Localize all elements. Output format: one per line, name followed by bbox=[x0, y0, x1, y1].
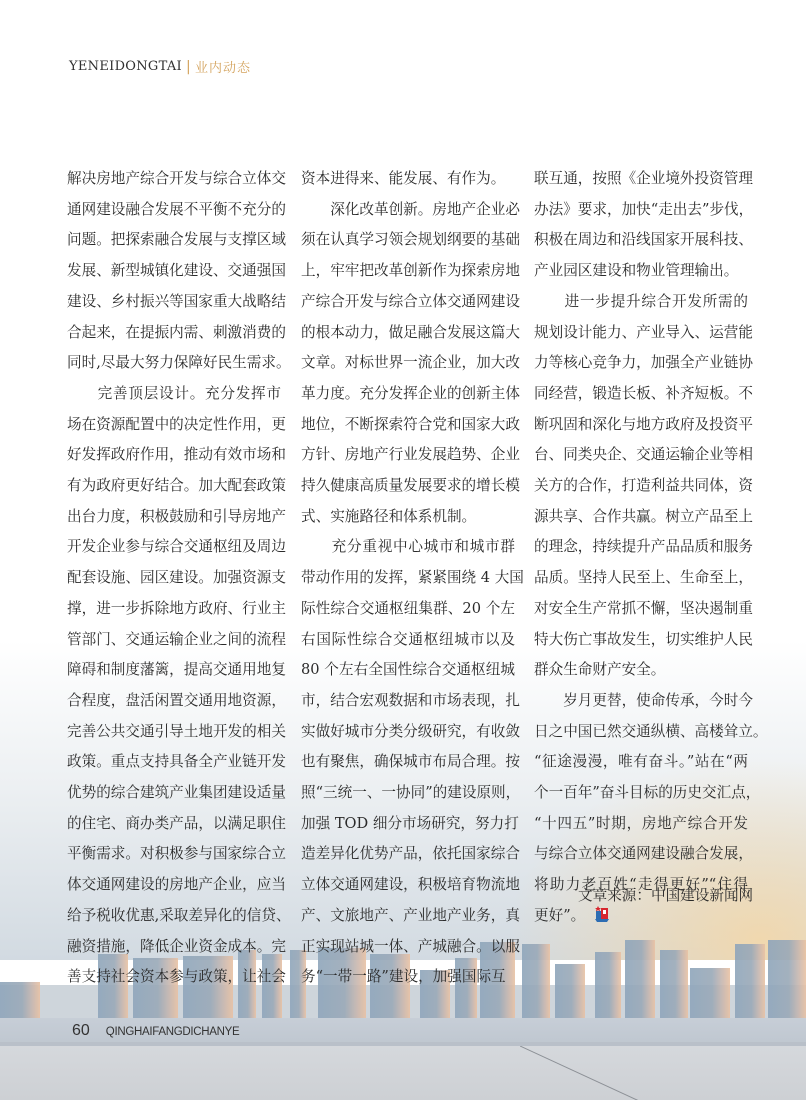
text-line: 加强 TOD 细分市场研究，努力打 bbox=[301, 809, 515, 840]
text-line: 平衡需求。对积极参与国家综合立 bbox=[67, 839, 281, 870]
text-line: 力等核心竞争力，加强全产业链协 bbox=[534, 348, 748, 379]
text-line: 资本进得来、能发展、有作为。 bbox=[301, 164, 515, 195]
text-line: “征途漫漫，唯有奋斗。”站在“两 bbox=[534, 747, 748, 778]
text-line: 地位，不断探索符合党和国家大政 bbox=[301, 410, 515, 441]
text-line: 80 个左右全国性综合交通枢纽城 bbox=[301, 655, 515, 686]
text-line: 际性综合交通枢纽集群、20 个左 bbox=[301, 594, 515, 625]
text-line: 文章。对标世界一流企业，加大改 bbox=[301, 348, 515, 379]
text-line: 产综合开发与综合立体交通网建设 bbox=[301, 287, 515, 318]
article-column-1: 解决房地产综合开发与综合立体交通网建设融合发展不平衡不充分的问题。把探索融合发展… bbox=[67, 164, 281, 993]
text-line: 规划设计能力、产业导入、运营能 bbox=[534, 318, 748, 349]
text-line: 务“一带一路”建设，加强国际互 bbox=[301, 962, 515, 993]
text-line: 产业园区建设和物业管理输出。 bbox=[534, 256, 748, 287]
magazine-name: QINGHAIFANGDICHANYE bbox=[106, 1026, 240, 1038]
text-line: 须在认真学习领会规划纲要的基础 bbox=[301, 225, 515, 256]
text-line: 出台力度，积极鼓励和引导房地产 bbox=[67, 502, 281, 533]
text-line: 右国际性综合交通枢纽城市以及 bbox=[301, 625, 515, 656]
text-line: 正实现站城一体、产城融合。以服 bbox=[301, 932, 515, 963]
text-line: 革力度。充分发挥企业的创新主体 bbox=[301, 379, 515, 410]
section-title-cn: 业内动态 bbox=[195, 57, 251, 76]
text-line: 好发挥政府作用，推动有效市场和 bbox=[67, 440, 281, 471]
text-line: 源共享、合作共赢。树立产品至上 bbox=[534, 502, 748, 533]
text-line: 合起来，在提振内需、刺激消费的 bbox=[67, 318, 281, 349]
text-line: 实做好城市分类分级研究，有收敛 bbox=[301, 717, 515, 748]
text-line: 通网建设融合发展不平衡不充分的 bbox=[67, 195, 281, 226]
text-line: 给予税收优惠,采取差异化的信贷、 bbox=[67, 901, 281, 932]
text-line: 发展、新型城镇化建设、交通强国 bbox=[67, 256, 281, 287]
text-line: 开发企业参与综合交通枢纽及周边 bbox=[67, 532, 281, 563]
text-line: 关方的合作，打造利益共同体，资 bbox=[534, 471, 748, 502]
text-line: 充分重视中心城市和城市群 bbox=[301, 532, 515, 563]
text-line: 场在资源配置中的决定性作用，更 bbox=[67, 410, 281, 441]
text-line: 联互通，按照《企业境外投资管理 bbox=[534, 164, 748, 195]
text-line: 方针、房地产行业发展趋势、企业 bbox=[301, 440, 515, 471]
text-line: 产、文旅地产、产业地产业务，真 bbox=[301, 901, 515, 932]
text-line: 撑，进一步拆除地方政府、行业主 bbox=[67, 594, 281, 625]
text-line: 办法》要求，加快“走出去”步伐， bbox=[534, 195, 748, 226]
text-line: 也有聚焦，确保城市布局合理。按 bbox=[301, 747, 515, 778]
magazine-logo-icon bbox=[593, 904, 611, 922]
section-separator: | bbox=[186, 59, 191, 75]
text-line: 问题。把探索融合发展与支撑区域 bbox=[67, 225, 281, 256]
text-line: 优势的综合建筑产业集团建设适量 bbox=[67, 778, 281, 809]
text-line: 立体交通网建设，积极培育物流地 bbox=[301, 870, 515, 901]
text-line: 的根本动力，做足融合发展这篇大 bbox=[301, 318, 515, 349]
text-line: 岁月更替，使命传承，今时今 bbox=[534, 686, 748, 717]
rooftop-floor bbox=[0, 1046, 806, 1100]
text-line: 同时,尽最大努力保障好民生需求。 bbox=[67, 348, 281, 379]
article-column-2: 资本进得来、能发展、有作为。 深化改革创新。房地产企业必须在认真学习领会规划纲要… bbox=[301, 164, 515, 993]
floor-crack-line bbox=[520, 1046, 660, 1100]
text-line: 进一步提升综合开发所需的 bbox=[534, 287, 748, 318]
text-line: 的理念，持续提升产品品质和服务 bbox=[534, 532, 748, 563]
text-line: 管部门、交通运输企业之间的流程 bbox=[67, 625, 281, 656]
text-line: 善支持社会资本参与政策，让社会 bbox=[67, 962, 281, 993]
text-line: 对安全生产常抓不懈，坚决遏制重 bbox=[534, 594, 748, 625]
text-line: 融资措施，降低企业资金成本。完 bbox=[67, 932, 281, 963]
text-line: 建设、乡村振兴等国家重大战略结 bbox=[67, 287, 281, 318]
text-line: 有为政府更好结合。加大配套政策 bbox=[67, 471, 281, 502]
text-line: 特大伤亡事故发生，切实维护人民 bbox=[534, 625, 748, 656]
text-line: 台、同类央企、交通运输企业等相 bbox=[534, 440, 748, 471]
text-line: 个一百年”奋斗目标的历史交汇点， bbox=[534, 778, 748, 809]
text-line: 配套设施、园区建设。加强资源支 bbox=[67, 563, 281, 594]
text-line: 与综合立体交通网建设融合发展， bbox=[534, 839, 748, 870]
text-line: 深化改革创新。房地产企业必 bbox=[301, 195, 515, 226]
text-line: 群众生命财产安全。 bbox=[534, 655, 748, 686]
text-line: 完善顶层设计。充分发挥市 bbox=[67, 379, 281, 410]
text-line: 品质。坚持人民至上、生命至上， bbox=[534, 563, 748, 594]
section-header: YENEIDONGTAI | 业内动态 bbox=[69, 57, 251, 76]
text-line: 市，结合宏观数据和市场表现，扎 bbox=[301, 686, 515, 717]
text-line: 同经营，锻造长板、补齐短板。不 bbox=[534, 379, 748, 410]
page-number: 60 bbox=[72, 1022, 90, 1040]
text-line: 的住宅、商办类产品，以满足职住 bbox=[67, 809, 281, 840]
text-line: 政策。重点支持具备全产业链开发 bbox=[67, 747, 281, 778]
section-title-en: YENEIDONGTAI bbox=[69, 59, 182, 74]
article-column-3: 联互通，按照《企业境外投资管理办法》要求，加快“走出去”步伐，积极在周边和沿线国… bbox=[534, 164, 748, 932]
text-line: 带动作用的发挥，紧紧围绕 4 大国 bbox=[301, 563, 515, 594]
text-line: 体交通网建设的房地产企业，应当 bbox=[67, 870, 281, 901]
text-line: 造差异化优势产品，依托国家综合 bbox=[301, 839, 515, 870]
page-footer: 60 QINGHAIFANGDICHANYE bbox=[72, 1022, 239, 1040]
text-line: 合程度，盘活闲置交通用地资源， bbox=[67, 686, 281, 717]
text-line: 积极在周边和沿线国家开展科技、 bbox=[534, 225, 748, 256]
text-line: 照“三统一、一协同”的建设原则， bbox=[301, 778, 515, 809]
text-line: 日之中国已然交通纵横、高楼耸立。 bbox=[534, 717, 748, 748]
article-source: 文章来源：中国建设新闻网 bbox=[578, 884, 753, 905]
text-line: 断巩固和深化与地方政府及投资平 bbox=[534, 410, 748, 441]
text-line: 解决房地产综合开发与综合立体交 bbox=[67, 164, 281, 195]
text-line: 更好”。 bbox=[534, 901, 748, 932]
text-line: 式、实施路径和体系机制。 bbox=[301, 502, 515, 533]
text-line: 持久健康高质量发展要求的增长模 bbox=[301, 471, 515, 502]
text-line: “十四五”时期，房地产综合开发 bbox=[534, 809, 748, 840]
text-line: 障碍和制度藩篱，提高交通用地复 bbox=[67, 655, 281, 686]
text-line: 上，牢牢把改革创新作为探索房地 bbox=[301, 256, 515, 287]
text-line: 完善公共交通引导土地开发的相关 bbox=[67, 717, 281, 748]
